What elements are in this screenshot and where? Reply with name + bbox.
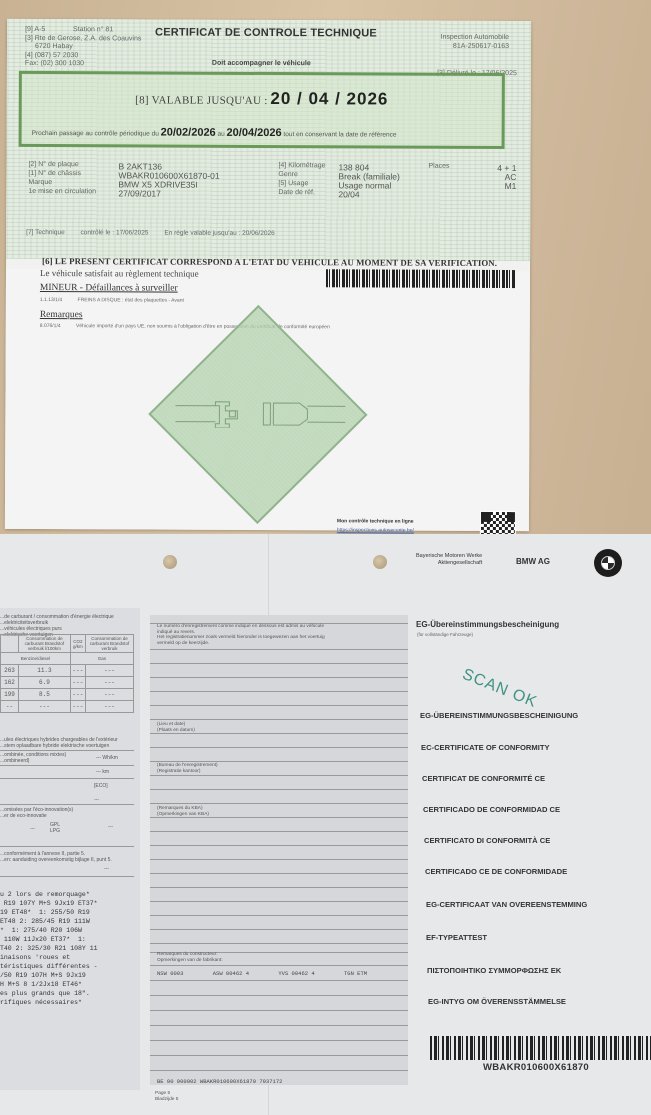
rule-line [150, 649, 408, 650]
punch-hole [163, 555, 177, 569]
title-sv: EG-INTYG OM ÖVERENSSTÄMMELSE [428, 997, 566, 1006]
energy-consumption: --- Wh/km [96, 755, 118, 761]
station-info: [9] A-5 Station n° 81 [3] Rte de Gerose,… [25, 26, 142, 69]
rule-line [150, 747, 408, 748]
hybrid-line: ...stem oplaadbare hybride elektrische v… [0, 743, 118, 749]
rule-line [150, 719, 408, 720]
cell: -- [1, 701, 19, 713]
cell: 199 [1, 689, 19, 701]
field-label: Marque [28, 179, 52, 186]
station-number: Station n° 81 [73, 26, 113, 35]
note-line: Le numéro d'enregistrement comme indiqué… [157, 624, 325, 630]
remarks-heading: Remarques [40, 310, 83, 320]
rule-line [150, 1055, 408, 1056]
rule-line [150, 677, 408, 678]
code: YVS 00462 4 [278, 970, 314, 977]
vehicle-details: [2] N° de plaque B 2AKT136 [4] Kilométra… [28, 161, 518, 199]
cell: 8.5 [19, 689, 71, 701]
annex-dash: --- [104, 866, 109, 872]
eco-unit: [ECO] [94, 783, 108, 789]
registration-note: Le numéro d'enregistrement comme indiqué… [157, 624, 325, 646]
column-header: CO2 g/km [70, 635, 85, 653]
barcode [326, 269, 516, 288]
rule-line [150, 817, 408, 818]
valid-date: En règle valable jusqu'au : 20/06/2026 [164, 230, 274, 237]
eco-line: ...er de eco-innovatie [0, 813, 73, 819]
cell: --- [70, 677, 85, 689]
rule-line [150, 803, 408, 804]
annex-line: ...en: aanduiding overeenkomstig bijlage… [0, 857, 112, 863]
defect-code: 1.1.13/1/4 [40, 297, 62, 303]
certificate-title: CERTIFICAT DE CONTROLE TECHNIQUE [155, 27, 377, 40]
rule-line [150, 691, 408, 692]
cell: 11.3 [19, 665, 71, 677]
field-label: [4] Kilométrage [278, 162, 325, 169]
reference-date: 20/04 [338, 189, 359, 199]
document-code: BE 00 000002 WBAKR010600X61870 7937172 [157, 1078, 282, 1085]
rule-line [150, 831, 408, 832]
field-label: 1e mise en circulation [28, 188, 96, 195]
state-statement: [6] LE PRESENT CERTIFICAT CORRESPOND A L… [42, 256, 497, 268]
rule-line [150, 887, 408, 888]
company-name: Bayerische Motoren Werke Aktiengesellsch… [416, 553, 482, 566]
registration-office-label: (Bureau de l'enregistrement) (Registrati… [157, 763, 218, 774]
next-inspection-from: 20/02/2026 [161, 127, 216, 139]
electric-range: --- km [96, 769, 109, 775]
rule-line [150, 775, 408, 776]
next-inspection-to: 20/04/2026 [227, 127, 282, 139]
next-inspection-au: au [217, 131, 224, 138]
technical-status: [7] Technique contrôlé le : 17/06/2025 E… [26, 229, 289, 237]
controlled-date: contrôlé le : 17/06/2025 [81, 229, 149, 236]
rule-line [150, 1070, 408, 1071]
cell: --- [19, 701, 71, 713]
gpl-value: --- [30, 826, 35, 832]
field-label: Date de réf. [278, 189, 315, 196]
code: TGN ETM [344, 970, 367, 977]
gpl-label: GPL LPG [50, 822, 60, 834]
page-label: Bladzijde 5 [155, 1097, 178, 1103]
note-line: Het registratienummer zoals vermeld hier… [157, 635, 325, 641]
vin-number: WBAKR010600X61870 [483, 1062, 589, 1073]
title-pt: CERTIFICADO CE DE CONFORMIDADE [425, 867, 567, 876]
fax: Fax: (02) 300 1030 [25, 60, 141, 69]
manufacturer-codes: NSW 0003 ASW 00462 4 YVS 00462 4 TGN ETM [157, 970, 393, 977]
code: NSW 0003 [157, 970, 183, 977]
label-line: Opmerkingen van de fabrikant: [157, 958, 223, 964]
title-es: CERTIFICADO DE CONFORMIDAD CE [423, 805, 560, 814]
roundel-quadrants [601, 556, 615, 570]
remark-text: Véhicule importé d'un pays UE, non soumi… [76, 323, 330, 330]
rule-line [150, 1010, 408, 1011]
annex-note: ...conformément à l'annexe II, partie 5.… [0, 851, 112, 863]
inspection-reference: Inspection Automobile 81A-250617-0163 [440, 33, 509, 51]
combined-label: ...ombinée, conditions mixtes) ...ombine… [0, 752, 66, 764]
remark-code: 8.076/1/4 [40, 323, 61, 329]
defects-heading: MINEUR - Défaillances à surveiller [40, 283, 178, 294]
valid-until: [8] VALABLE JUSQU'AU : 20 / 04 / 2026 [22, 88, 502, 110]
label-line: (Registratie kantoor) [157, 769, 218, 775]
cell: 162 [1, 677, 19, 689]
eco-value: --- [94, 797, 99, 803]
punch-hole [373, 555, 387, 569]
table-row: 199 8.5 --- --- [1, 689, 134, 701]
column-header: Consommation de carburant Brandstof verb… [86, 635, 134, 653]
cell: --- [86, 689, 134, 701]
rule-line [150, 901, 408, 902]
gas-label: Gas [70, 653, 133, 665]
coc-title: EG-Übereinstimmungsbescheinigung [416, 620, 559, 629]
rule-line [150, 859, 408, 860]
valid-until-label: [8] VALABLE JUSQU'AU : [135, 94, 268, 107]
certificate-subtitle: Doit accompagner le véhicule [212, 60, 311, 67]
lpg: LPG [50, 828, 60, 834]
technical-label: [7] Technique [26, 229, 65, 236]
label-line: Remarques du constructeur: [157, 952, 223, 958]
manufacturer-remarks-label: Remarques du constructeur: Opmerkingen v… [157, 952, 223, 963]
rule-line [150, 929, 408, 930]
divider [0, 765, 134, 766]
vin-barcode [430, 1036, 651, 1060]
rule-line [150, 980, 408, 981]
title-da: EF-TYPEATTEST [426, 933, 487, 942]
cell: 263 [1, 665, 19, 677]
technical-inspection-certificate: [9] A-5 Station n° 81 [3] Rte de Gerose,… [5, 19, 531, 531]
eco-innovation: ...omisées par l'éco-innovation(s) ...er… [0, 807, 73, 819]
cell: --- [70, 665, 85, 677]
bmw-roundel-icon [594, 549, 622, 577]
cell: 6.9 [19, 677, 71, 689]
divider [0, 876, 134, 877]
rule-line [150, 845, 408, 846]
defect-item: 1.1.13/1/4 FREINS A DISQUE : état des pl… [40, 297, 198, 304]
tyre-specifications: u 2 lors de remorquage* R19 107Y M+S 9Jx… [0, 890, 98, 1007]
field-label: Genre [278, 171, 297, 178]
rule-line [150, 1025, 408, 1026]
title-el: ΠΙΣΤΟΠΟΙΗΤΙΚΟ ΣΥΜΜΟΡΦΩΣΗΣ ΕΚ [427, 966, 561, 975]
defect-text: FREINS A DISQUE : état des plaquettes - … [78, 297, 184, 303]
cell: --- [70, 689, 85, 701]
first-registration: 27/09/2017 [118, 188, 161, 198]
gpl-value2: --- [108, 824, 113, 830]
title-nl: EG-CERTIFICAAT VAN OVEREENSTEMMING [426, 900, 587, 909]
title-de: EG-ÜBEREINSTIMMUNGSBESCHEINIGUNG [420, 711, 578, 720]
reference-number: 81A-250617-0163 [440, 42, 509, 51]
table-row: -- --- --- --- [1, 701, 134, 713]
field-label: [2] N° de plaque [28, 161, 78, 168]
title-it: CERTIFICATO DI CONFORMITÀ CE [424, 836, 550, 845]
kba-remarks-label: (Remarques du KBA) (Opmerkingen van KBA) [157, 806, 209, 817]
code: ASW 00462 4 [213, 970, 249, 977]
table-subheader: Benzine/diesel Gas [1, 653, 134, 665]
fuel-label: Benzine/diesel [1, 653, 71, 665]
next-inspection: Prochain passage au contrôle périodique … [32, 126, 496, 140]
combined-line: ...ombineerd) [0, 758, 66, 764]
rule-line [150, 733, 408, 734]
field-label: Places [428, 163, 449, 170]
next-inspection-suffix: tout en conservant la date de référence [283, 131, 396, 138]
divider [0, 750, 134, 751]
inspection-result: Le véhicule satisfait au règlement techn… [40, 268, 199, 279]
title-en: EC-CERTIFICATE OF CONFORMITY [421, 743, 550, 752]
rule-line [150, 943, 408, 944]
place-date-label: (Lieu et date) (Plaats en datum) [157, 722, 195, 733]
table-header: Consommation de carburant Brandstof verb… [1, 635, 134, 653]
rule-line [150, 995, 408, 996]
company-line: Aktiengesellschaft [416, 560, 482, 567]
divider [0, 804, 134, 805]
rule-line [150, 789, 408, 790]
note-line: vermeld op de keerzijde. [157, 641, 325, 647]
address-line2: 6720 Habay [25, 43, 141, 52]
table-row: 162 6.9 --- --- [1, 677, 134, 689]
cell: --- [86, 677, 134, 689]
consumption-table: Consommation de carburant Brandstof verb… [0, 634, 134, 713]
cell: --- [70, 701, 85, 713]
next-inspection-prefix: Prochain passage au contrôle périodique … [32, 130, 159, 138]
inspector-name: Inspection Automobile [441, 33, 510, 42]
registration-panel [150, 615, 408, 1085]
field-label: [5] Usage [278, 180, 308, 187]
rule-line [150, 761, 408, 762]
hybrid-heading: ...ules électriques hybrides chargeables… [0, 737, 118, 749]
rule-line [150, 873, 408, 874]
rule-line [150, 705, 408, 706]
rule-line [150, 965, 408, 966]
label-line: (Remarques du KBA) [157, 806, 209, 812]
cell: --- [86, 701, 134, 713]
company-line: Bayerische Motoren Werke [416, 553, 482, 560]
coc-subtitle: (für vollständige Fahrzeuge) [417, 632, 473, 637]
title-fr: CERTIFICAT DE CONFORMITÉ CE [422, 774, 545, 783]
table-row: 263 11.3 --- --- [1, 665, 134, 677]
label-line: (Bureau de l'enregistrement) [157, 763, 218, 769]
column-header: Consommation de carburant Brandstof verb… [19, 635, 71, 653]
validity-box: [8] VALABLE JUSQU'AU : 20 / 04 / 2026 Pr… [19, 71, 505, 149]
divider [0, 846, 134, 847]
seatbelt-buckle-icon [175, 400, 345, 429]
rule-line [150, 663, 408, 664]
cell: --- [86, 665, 134, 677]
valid-until-date: 20 / 04 / 2026 [270, 89, 388, 109]
rule-line [150, 915, 408, 916]
rule-line [150, 1040, 408, 1041]
field-label: [1] N° de châssis [28, 170, 81, 177]
divider [0, 778, 134, 779]
page-number: Page 5 Bladzijde 5 [155, 1091, 178, 1102]
brand-name: BMW AG [516, 557, 550, 566]
